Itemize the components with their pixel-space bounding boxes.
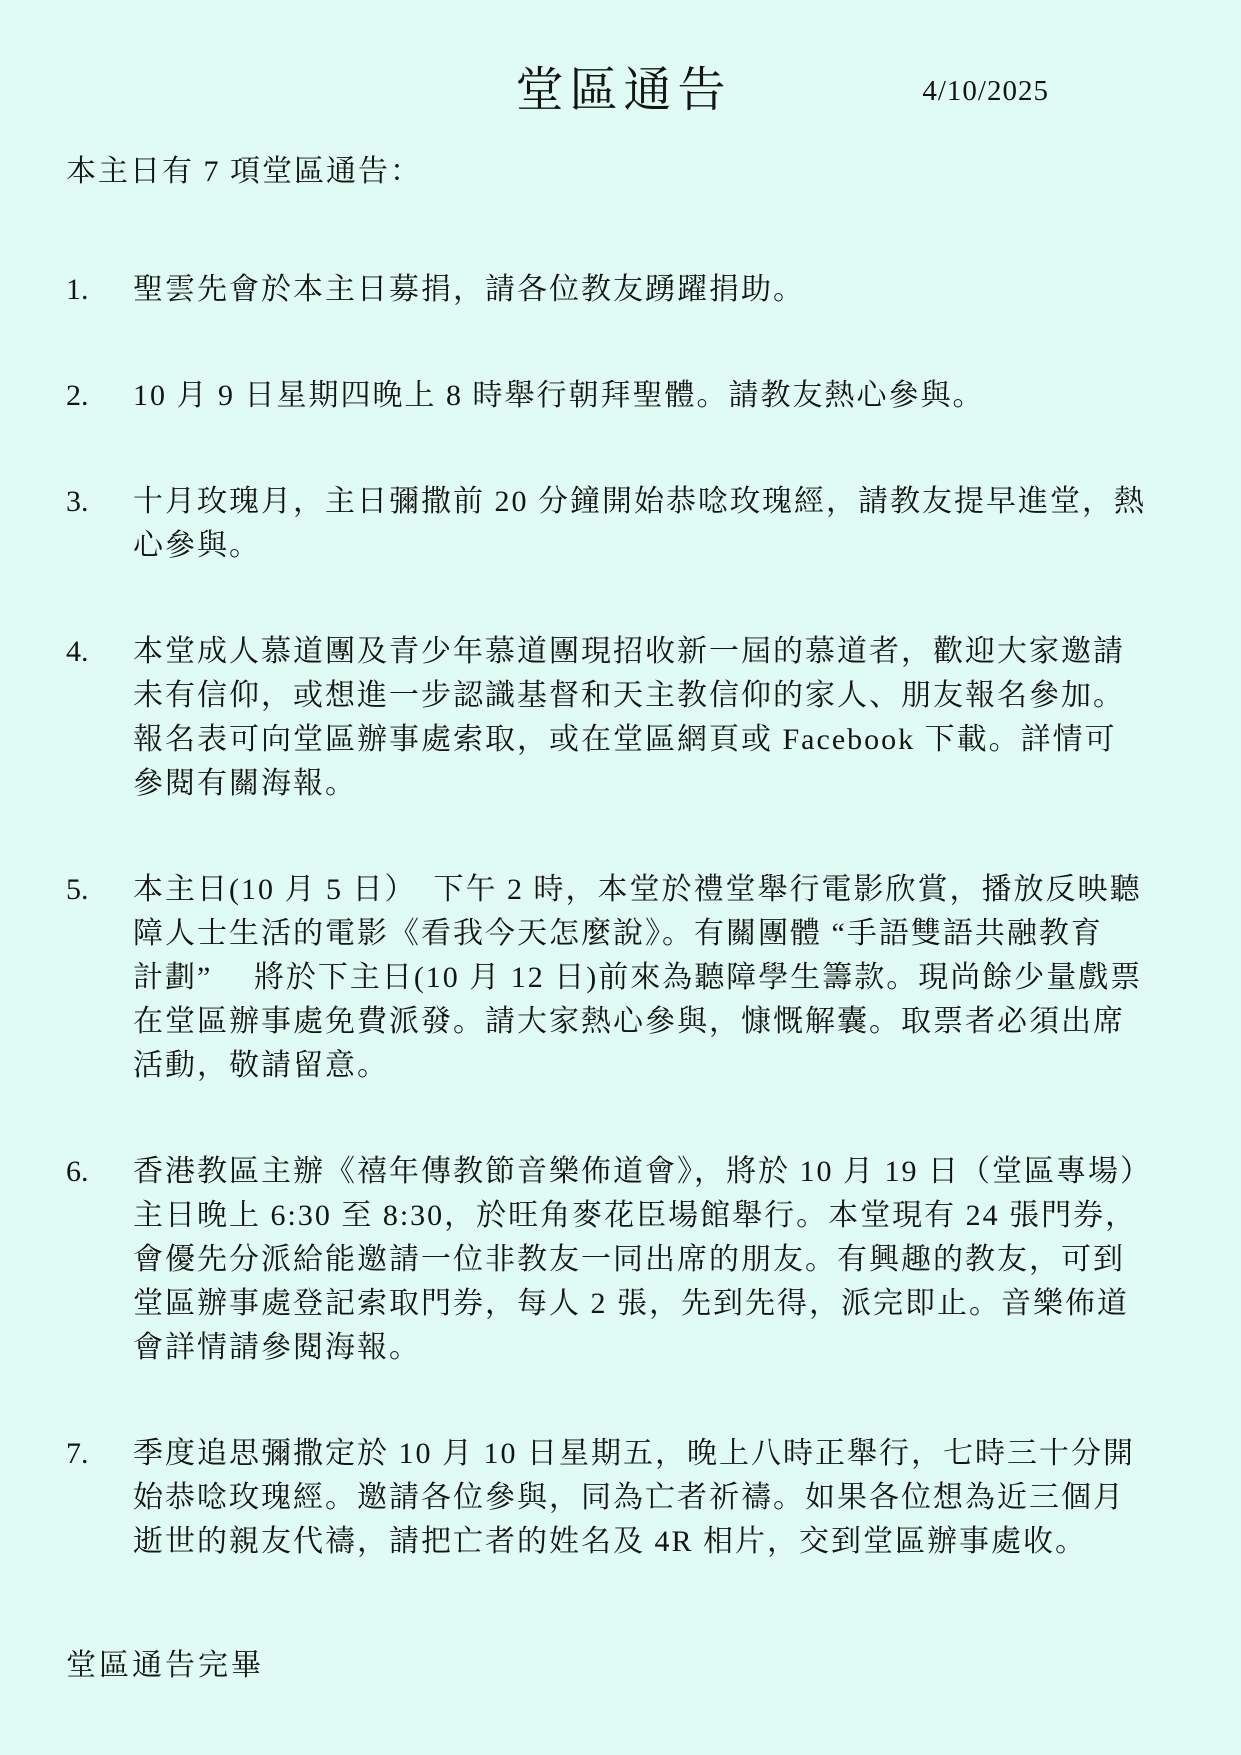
text-line: 計劃” 將於下主日(10 月 12 日)前來為聽障學生籌款。現尚餘少量戲票 [133, 956, 1181, 1000]
text-line: 會優先分派給能邀請一位非教友一同出席的朋友。有興趣的教友，可到 [133, 1238, 1181, 1282]
text-line: 未有信仰，或想進一步認識基督和天主教信仰的家人、朋友報名參加。 [133, 674, 1181, 718]
list-item-text: 香港教區主辦《禧年傳教節音樂佈道會》，將於 10 月 19 日（堂區專場）主日晚… [133, 1150, 1181, 1370]
announcement-document: 堂區通告 4/10/2025 本主日有 7 項堂區通告： 1.聖雲先會於本主日募… [0, 0, 1241, 1755]
list-item: 3.十月玫瑰月，主日彌撒前 20 分鐘開始恭唸玫瑰經，請教友提早進堂，熱心參與。 [66, 480, 1181, 568]
text-line: 會詳情請參閱海報。 [133, 1326, 1181, 1370]
intro-line: 本主日有 7 項堂區通告： [66, 150, 1181, 194]
text-line: 障人士生活的電影《看我今天怎麼說》。有關團體 “手語雙語共融教育 [133, 912, 1181, 956]
list-item: 5.本主日(10 月 5 日） 下午 2 時，本堂於禮堂舉行電影欣賞，播放反映聽… [66, 868, 1181, 1088]
text-line: 參閱有關海報。 [133, 762, 1181, 806]
text-line: 報名表可向堂區辦事處索取，或在堂區網頁或 Facebook 下載。詳情可 [133, 718, 1181, 762]
text-line: 在堂區辦事處免費派發。請大家熱心參與，慷慨解囊。取票者必須出席 [133, 1000, 1181, 1044]
footer-line: 堂區通告完畢 [66, 1644, 1181, 1688]
list-item: 1.聖雲先會於本主日募捐，請各位教友踴躍捐助。 [66, 268, 1181, 312]
page-title: 堂區通告 [515, 62, 731, 120]
list-item-text: 聖雲先會於本主日募捐，請各位教友踴躍捐助。 [133, 268, 1181, 312]
text-line: 香港教區主辦《禧年傳教節音樂佈道會》，將於 10 月 19 日（堂區專場） [133, 1150, 1181, 1194]
list-item-text: 本堂成人慕道團及青少年慕道團現招收新一屆的慕道者，歡迎大家邀請未有信仰，或想進一… [133, 630, 1181, 806]
text-line: 主日晚上 6:30 至 8:30，於旺角麥花臣場館舉行。本堂現有 24 張門券， [133, 1194, 1181, 1238]
list-item-number: 6. [66, 1150, 133, 1194]
text-line: 10 月 9 日星期四晚上 8 時舉行朝拜聖體。請教友熱心參與。 [133, 374, 1181, 418]
list-item: 6.香港教區主辦《禧年傳教節音樂佈道會》，將於 10 月 19 日（堂區專場）主… [66, 1150, 1181, 1370]
text-line: 心參與。 [133, 524, 1181, 568]
text-line: 本主日(10 月 5 日） 下午 2 時，本堂於禮堂舉行電影欣賞，播放反映聽 [133, 868, 1181, 912]
announcement-list: 1.聖雲先會於本主日募捐，請各位教友踴躍捐助。2.10 月 9 日星期四晚上 8… [66, 268, 1181, 1564]
text-line: 活動，敬請留意。 [133, 1044, 1181, 1088]
text-line: 季度追思彌撒定於 10 月 10 日星期五，晚上八時正舉行，七時三十分開 [133, 1432, 1181, 1476]
list-item-text: 十月玫瑰月，主日彌撒前 20 分鐘開始恭唸玫瑰經，請教友提早進堂，熱心參與。 [133, 480, 1181, 568]
list-item: 2.10 月 9 日星期四晚上 8 時舉行朝拜聖體。請教友熱心參與。 [66, 374, 1181, 418]
list-item-number: 5. [66, 868, 133, 912]
text-line: 堂區辦事處登記索取門券，每人 2 張，先到先得，派完即止。音樂佈道 [133, 1282, 1181, 1326]
list-item-text: 季度追思彌撒定於 10 月 10 日星期五，晚上八時正舉行，七時三十分開始恭唸玫… [133, 1432, 1181, 1564]
list-item-number: 4. [66, 630, 133, 674]
list-item: 4.本堂成人慕道團及青少年慕道團現招收新一屆的慕道者，歡迎大家邀請未有信仰，或想… [66, 630, 1181, 806]
text-line: 逝世的親友代禱，請把亡者的姓名及 4R 相片，交到堂區辦事處收。 [133, 1520, 1181, 1564]
list-item-number: 7. [66, 1432, 133, 1476]
list-item-text: 10 月 9 日星期四晚上 8 時舉行朝拜聖體。請教友熱心參與。 [133, 374, 1181, 418]
list-item: 7.季度追思彌撒定於 10 月 10 日星期五，晚上八時正舉行，七時三十分開始恭… [66, 1432, 1181, 1564]
text-line: 本堂成人慕道團及青少年慕道團現招收新一屆的慕道者，歡迎大家邀請 [133, 630, 1181, 674]
text-line: 十月玫瑰月，主日彌撒前 20 分鐘開始恭唸玫瑰經，請教友提早進堂，熱 [133, 480, 1181, 524]
text-line: 聖雲先會於本主日募捐，請各位教友踴躍捐助。 [133, 268, 1181, 312]
list-item-number: 2. [66, 374, 133, 418]
list-item-number: 3. [66, 480, 133, 524]
document-date: 4/10/2025 [922, 74, 1049, 108]
text-line: 始恭唸玫瑰經。邀請各位參與，同為亡者祈禱。如果各位想為近三個月 [133, 1476, 1181, 1520]
document-header: 堂區通告 4/10/2025 [66, 62, 1181, 120]
list-item-text: 本主日(10 月 5 日） 下午 2 時，本堂於禮堂舉行電影欣賞，播放反映聽障人… [133, 868, 1181, 1088]
list-item-number: 1. [66, 268, 133, 312]
